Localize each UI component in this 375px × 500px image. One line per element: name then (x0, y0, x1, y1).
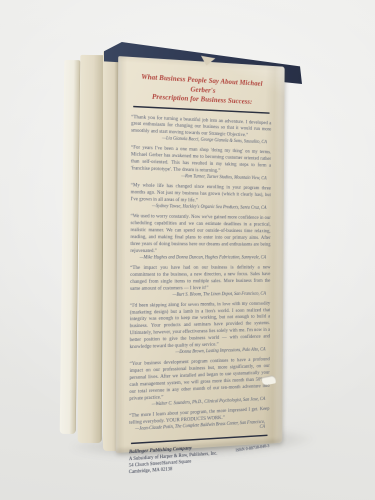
testimonial-blurb: “My whole life has changed since enrolli… (131, 182, 271, 211)
testimonial-blurb: “Thank you for turning a beautiful job i… (131, 113, 271, 145)
back-cover-content: What Business People Say About Michael G… (116, 56, 285, 453)
blurb-attribution: —Sydney Tawse, Hackley's Organic Sea Pro… (131, 203, 271, 210)
testimonial-blurb: “The impact you have had on our business… (130, 264, 270, 298)
testimonial-blurb: “Your business development program conti… (129, 356, 270, 408)
page-block-edge-middle (78, 55, 105, 443)
publisher-block: Ballinger Publishing Company A Subsidiar… (129, 443, 218, 475)
back-cover-heading: What Business People Say About Michael G… (131, 72, 271, 108)
blurb-quote: “For years I've been a one man shop 'doi… (131, 144, 271, 176)
testimonial-blurb: “We used to worry constantly. Now we've … (130, 213, 270, 260)
blurb-quote: “We used to worry constantly. Now we've … (130, 213, 270, 255)
testimonial-blurb: “I'd been skipping along for seven month… (130, 300, 271, 356)
blurb-quote: “The impact you have had on our business… (130, 264, 270, 292)
blurb-attribution: —Burt S. Bloom, The Linen Depot, San Fra… (130, 291, 270, 298)
book-photo: What Business People Say About Michael G… (0, 0, 375, 500)
blurb-quote: “I'd been skipping along for seven month… (130, 300, 271, 351)
testimonial-blurb: “The more I learn about your program, th… (129, 405, 269, 436)
blurb-quote: “Your business development program conti… (129, 356, 270, 402)
publisher-row: Ballinger Publishing Company A Subsidiar… (129, 440, 269, 475)
dust-jacket-back-cover: What Business People Say About Michael G… (116, 56, 285, 453)
blurb-quote: “My whole life has changed since enrolli… (131, 182, 271, 205)
testimonial-blurb: “For years I've been a one man shop 'doi… (131, 144, 271, 181)
blurb-attribution: —Mike Hughes and Donna Duncan, Hughes Fa… (130, 255, 270, 260)
isbn-number: ISBN 0-88730-040-3 (236, 443, 270, 452)
